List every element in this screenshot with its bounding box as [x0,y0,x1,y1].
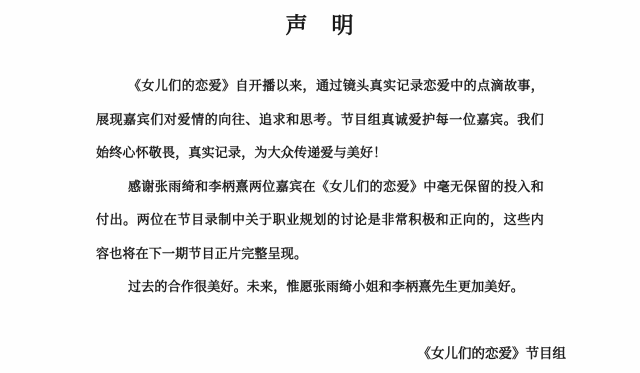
statement-paragraph-1: 《女儿们的恋爱》自开播以来，通过镜头真实记录恋爱中的点滴故事，展现嘉宾们对爱情的… [96,70,544,171]
statement-document: 声 明 《女儿们的恋爱》自开播以来，通过镜头真实记录恋爱中的点滴故事，展现嘉宾们… [0,0,640,373]
statement-paragraph-3: 过去的合作很美好。未来，惟愿张雨绮小姐和李柄熹先生更加美好。 [96,271,544,305]
statement-body: 《女儿们的恋爱》自开播以来，通过镜头真实记录恋爱中的点滴故事，展现嘉宾们对爱情的… [96,70,544,305]
signature: 《女儿们的恋爱》节目组 [96,338,566,372]
page-title: 声 明 [96,12,544,40]
statement-paragraph-2: 感谢张雨绮和李柄熹两位嘉宾在《女儿们的恋爱》中毫无保留的投入和付出。两位在节目录… [96,171,544,272]
